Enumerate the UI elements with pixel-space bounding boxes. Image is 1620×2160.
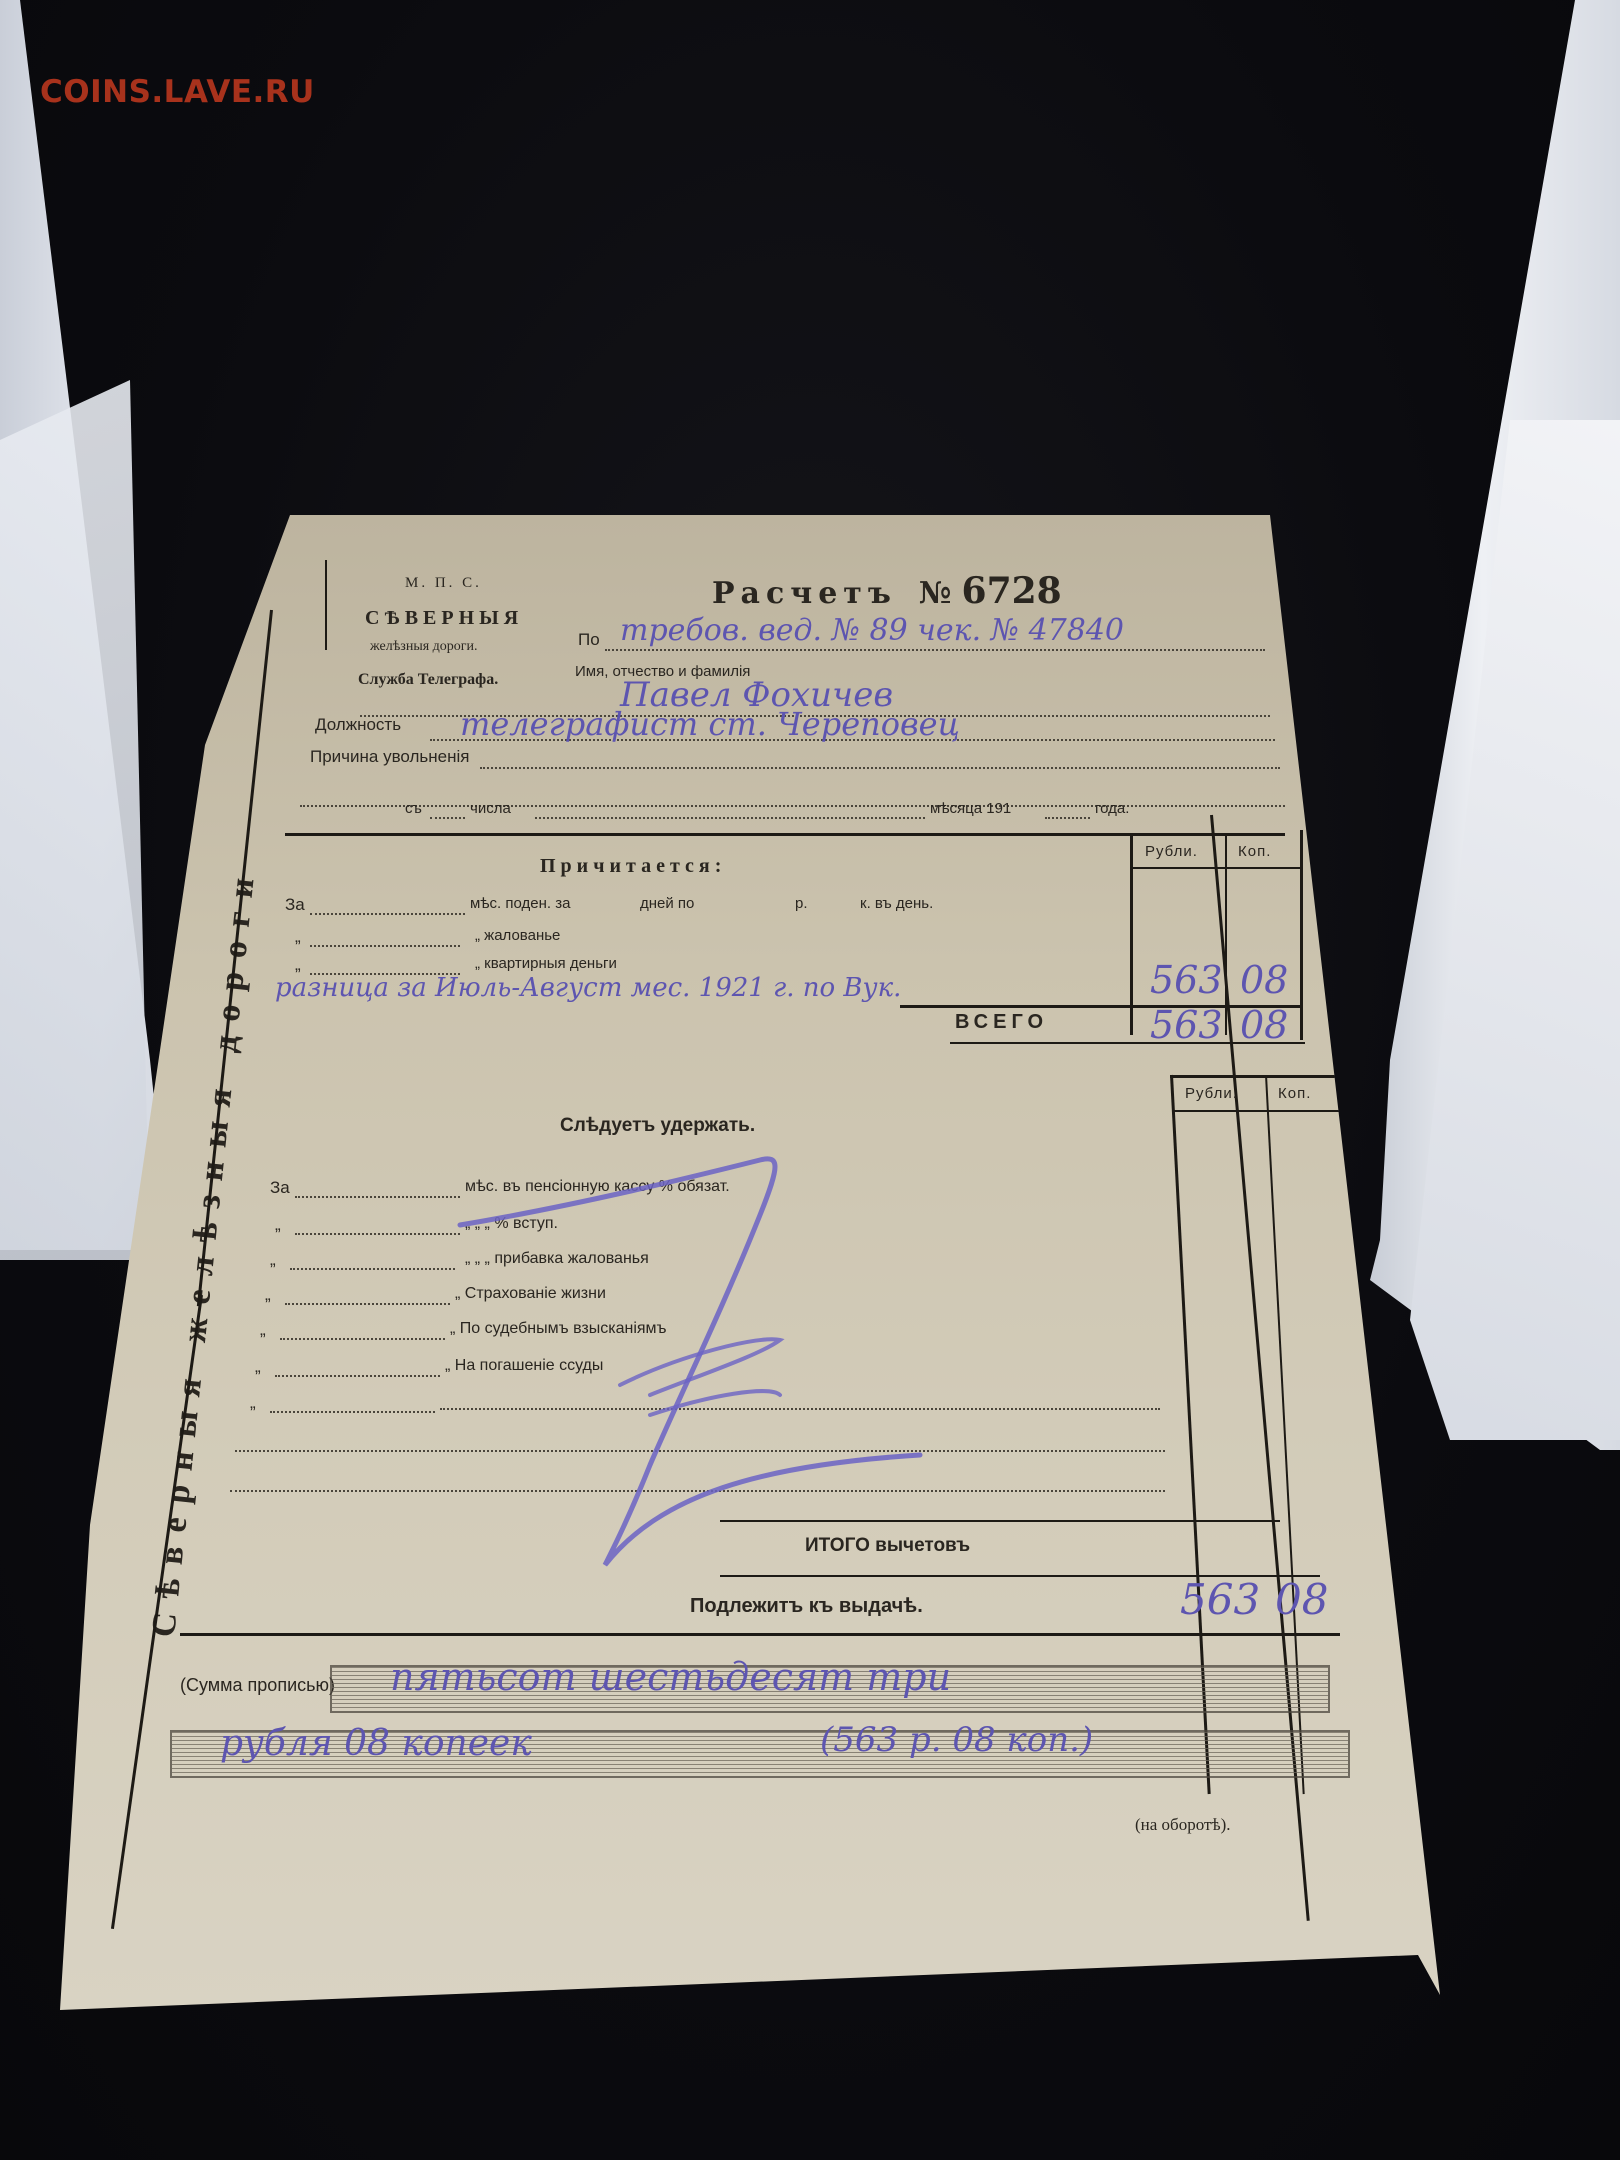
due-row-2-prefix: „ [295,927,301,947]
document-title: Расчетъ [712,576,897,611]
ded-row-6-line [275,1375,440,1377]
left-white-panel-lower [0,380,150,1260]
due-row-4-text: разница за Июль-Август мес. 1921 г. по В… [275,973,901,1003]
ded-row-7-long [440,1408,1160,1410]
watermark: COINS.LAVE.RU [40,74,315,110]
date-chisla-line [535,817,925,819]
ded-row-3-prefix: „ [270,1250,276,1270]
ded-row-3-line [290,1268,455,1270]
sum-words-label: (Сумма прописью) [180,1675,335,1696]
position-value: телеграфист ст. Череповец [460,705,960,743]
ded-col-head-line [1172,1110,1342,1112]
due-row-2-line [310,945,460,947]
ded-row-1-line [295,1196,460,1198]
railway-sub: желѣзныя дороги. [370,639,478,655]
ded-bottom-line [720,1520,1280,1522]
ded-row-5-line [280,1338,445,1340]
due-row-1-prefix: За [285,895,305,915]
due-row-1-rub: р. [795,895,808,912]
ded-extra-line-1 [235,1450,1165,1452]
sum-words-line2-numeric: (563 р. 08 коп.) [820,1720,1093,1760]
ded-top-line [1170,1075,1340,1078]
ded-col-kop: Коп. [1278,1085,1311,1102]
due-col-head-line [1132,867,1300,869]
due-row-4-rub: 563 [1150,958,1223,1002]
service-name: Служба Телеграфа. [358,671,498,689]
document-title-row: Расчетъ № 6728 [712,570,1062,612]
due-heading: Причитается: [540,855,726,878]
payout-label: Подлежитъ къ выдачѣ. [690,1595,923,1618]
ded-row-4-prefix: „ [265,1285,271,1305]
due-total-line [950,1042,1305,1044]
ded-row-5-text: „ По судебнымъ взысканіямъ [450,1320,667,1338]
payout-kop: 08 [1275,1575,1328,1624]
sum-words-line2: рубля 08 копеек [220,1723,532,1764]
ded-row-3-text: „ „ „ прибавка жалованья [465,1250,649,1268]
railway-name: СѢВЕРНЫЯ [365,607,523,630]
sum-words-line1: пятьсот шестьдесят три [390,1655,951,1699]
ded-row-2-line [295,1233,460,1235]
footer-note: (на оборотѣ). [1135,1815,1231,1835]
ded-col-rub: Рубли. [1185,1085,1238,1102]
due-row-3-text: „ квартирныя деньги [475,955,617,972]
ded-row-1-prefix: За [270,1178,290,1198]
date-chisla-label: числа [470,800,511,817]
date-s-label: съ [405,800,422,817]
dismissal-line [480,767,1280,769]
payout-line [180,1633,1340,1636]
ded-row-6-text: „ На погашеніе ссуды [445,1357,603,1375]
due-col-kop: Коп. [1238,843,1271,860]
payout-rub: 563 [1180,1575,1260,1624]
number-sign: № [919,576,958,611]
due-row-1-perday: к. въ день. [860,895,933,912]
po-label: По [578,630,600,650]
payment-document: Сѣверныя желѣзныя дороги М. П. С. СѢВЕРН… [60,515,1500,2010]
due-right-line [1300,830,1303,1040]
position-label: Должность [315,715,401,735]
ded-row-5-prefix: „ [260,1320,266,1340]
ded-row-2-text: „ „ „ % вступ. [465,1215,558,1233]
date-year-label: года. [1095,800,1129,817]
ded-row-7-prefix: „ [250,1393,256,1413]
dismissal-label: Причина увольненія [310,747,470,767]
dismissal-line-2 [300,805,1285,807]
ded-row-6-prefix: „ [255,1357,261,1377]
section-divider [285,833,1285,836]
header-divider [325,560,327,650]
due-row-3-prefix: „ [295,955,301,975]
due-row-2-text: „ жалованье [475,927,560,944]
po-value: требов. вед. № 89 чек. № 47840 [620,613,1124,648]
due-row-1-days: дней по [640,895,694,912]
due-row-1-line [310,913,465,915]
date-month-label: мѣсяца 191 [930,800,1011,817]
document-number: 6728 [962,570,1062,612]
ded-row-2-prefix: „ [275,1215,281,1235]
date-s-line [430,817,465,819]
due-total-kop: 08 [1240,1003,1288,1047]
ded-row-4-line [285,1303,450,1305]
due-col-rub: Рубли. [1145,843,1198,860]
date-year-line [1045,817,1090,819]
due-total-label: ВСЕГО [955,1011,1048,1034]
ded-row-4-text: „ Страхованіе жизни [455,1285,606,1303]
po-line [605,649,1265,651]
due-total-rub: 563 [1150,1003,1223,1047]
ded-row-7-line [270,1411,435,1413]
due-row-4-kop: 08 [1240,958,1288,1002]
ministry-label: М. П. С. [405,575,482,592]
left-border-line-lower [111,1295,203,1929]
ded-extra-line-2 [230,1490,1165,1492]
ded-heading: Слѣдуетъ удержать. [560,1115,755,1137]
ded-row-1-text: мѣс. въ пенсіонную кассу % обязат. [465,1178,730,1196]
due-row-1-text: мѣс. поден. за [470,895,570,912]
ded-total-label: ИТОГО вычетовъ [805,1535,970,1557]
